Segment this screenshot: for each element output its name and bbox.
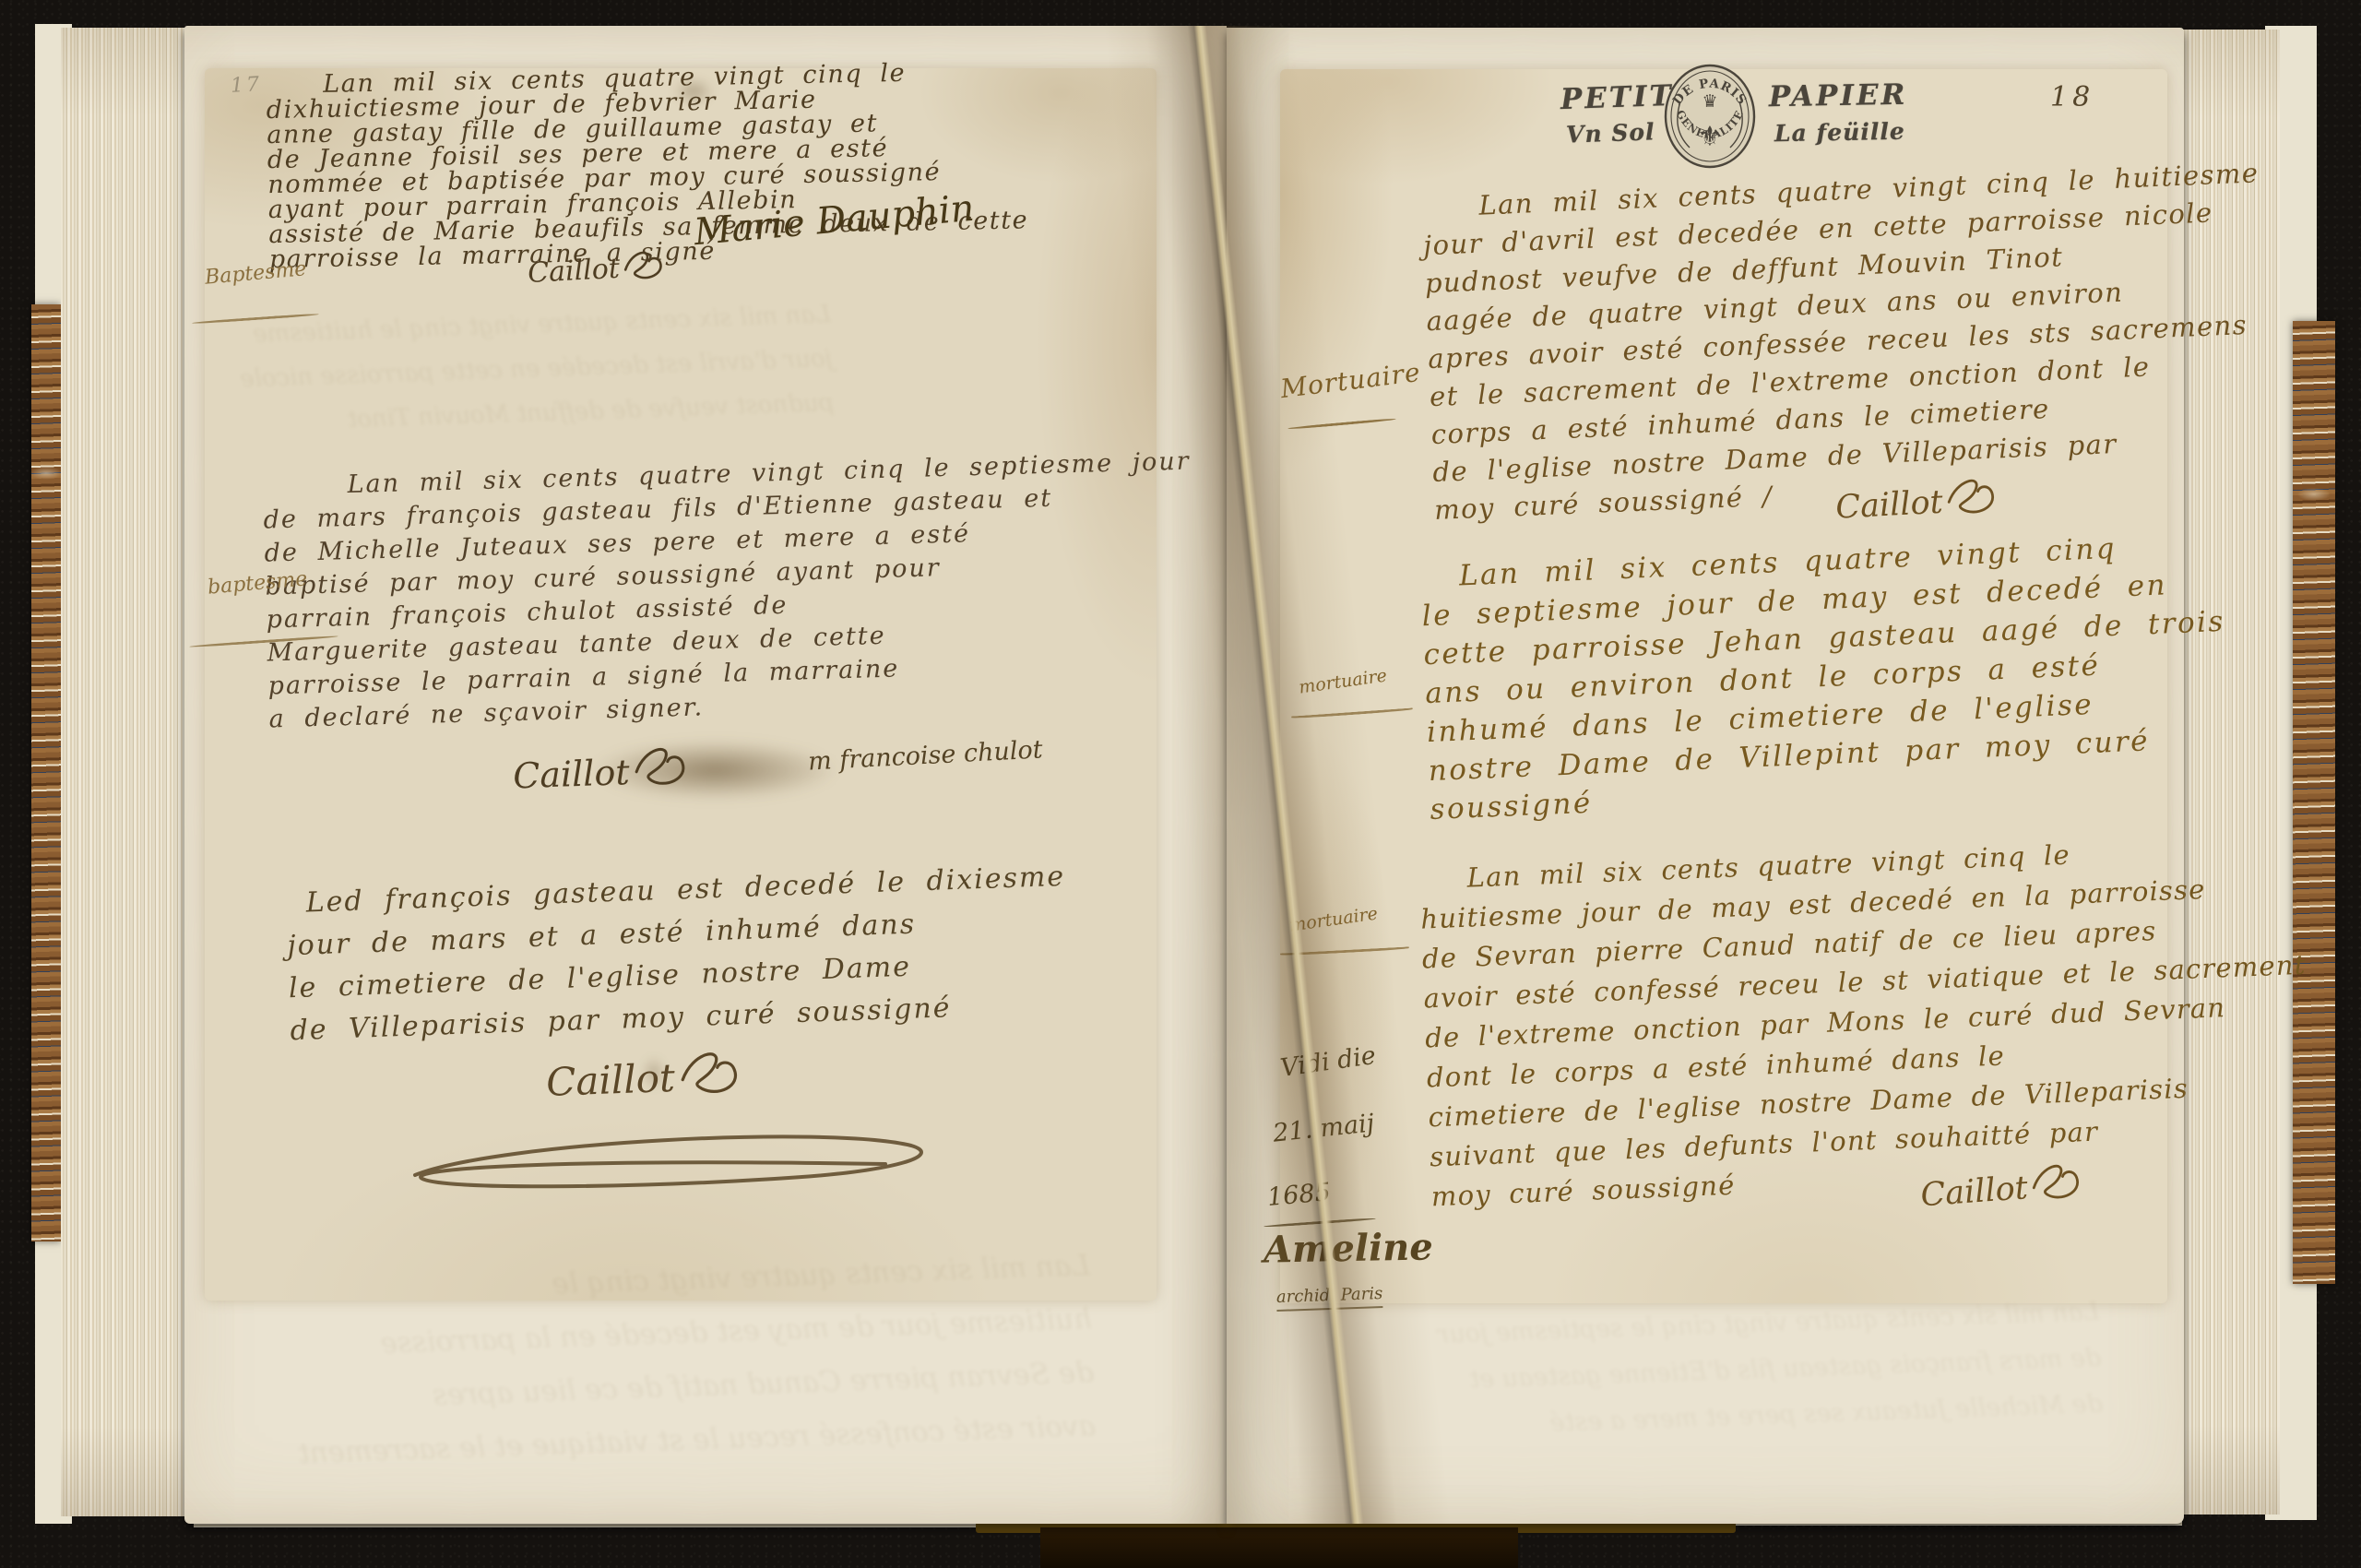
priest-signature: Caillot bbox=[545, 1044, 750, 1105]
signature-paraph-icon bbox=[1943, 471, 2005, 520]
signature-paraph-icon bbox=[2028, 1157, 2090, 1206]
manuscript-page-right: PETIT Vn Sol DE PARIS GENERALITE ♛ ⚜ PAP… bbox=[1227, 28, 2184, 1524]
generalite-de-paris-seal: DE PARIS GENERALITE ♛ ⚜ bbox=[1664, 63, 1756, 170]
signature-paraph-icon bbox=[630, 741, 696, 792]
fleur-de-lis-icon: ⚜ bbox=[1698, 121, 1723, 153]
visa-date-year: 1685 bbox=[1266, 1178, 1332, 1212]
signature-flourish-icon bbox=[387, 1118, 950, 1206]
page-edges-right bbox=[2182, 30, 2280, 1515]
crown-icon: ♛ bbox=[1702, 91, 1717, 112]
marbled-cover-left bbox=[31, 304, 61, 1241]
signature-paraph-icon bbox=[676, 1044, 750, 1100]
photo-black-background: 17 Lan mil six cents quatre vingt cinq l… bbox=[0, 0, 2361, 1568]
bleedthrough-ghost-line: Lan mil six cents quatre vingt cinq le s… bbox=[1437, 1289, 2104, 1451]
burial-note-entry: Led françois gasteau est decedé le dixie… bbox=[285, 859, 991, 1052]
manuscript-page-left: 17 Lan mil six cents quatre vingt cinq l… bbox=[184, 26, 1227, 1524]
burial-entry-1: Lan mil six cents quatre vingt cinq le h… bbox=[1421, 158, 2191, 529]
stamp-word-petit: PETIT bbox=[1560, 79, 1674, 116]
burial-entry-2: Lan mil six cents quatre vingt cinq le s… bbox=[1419, 527, 2187, 829]
stamp-word-papier: PAPIER bbox=[1769, 78, 1908, 114]
visa-title-archid-paris: archid. Paris bbox=[1276, 1284, 1383, 1312]
priest-signature: Caillot bbox=[512, 741, 696, 797]
visa-signature-ameline: Ameline bbox=[1264, 1225, 1434, 1271]
burial-entry-3: Lan mil six cents quatre vingt cinq le h… bbox=[1418, 830, 2225, 1218]
bleedthrough-ghost-line: Lan mil six cents quatre vingt cinq le h… bbox=[238, 292, 835, 445]
priest-signature: Caillot bbox=[527, 245, 670, 290]
stamp-word-vn-sol: Vn Sol bbox=[1566, 118, 1655, 148]
stamp-word-la-feuille: La feüille bbox=[1774, 118, 1905, 147]
pencil-folio-number: 17 bbox=[230, 73, 262, 98]
baptism-entry-2: Lan mil six cents quatre vingt cinq le s… bbox=[262, 447, 1099, 736]
folio-number: 18 bbox=[2050, 81, 2094, 113]
priest-signature: Caillot bbox=[1834, 471, 2005, 526]
spine-dark-block bbox=[1040, 1527, 1518, 1568]
page-edges-left bbox=[61, 28, 186, 1516]
bleedthrough-ghost-line: Lan mil six cents quatre vingt cinq le h… bbox=[291, 1239, 1097, 1480]
signature-paraph-icon bbox=[621, 245, 670, 285]
marbled-cover-right bbox=[2293, 321, 2335, 1284]
